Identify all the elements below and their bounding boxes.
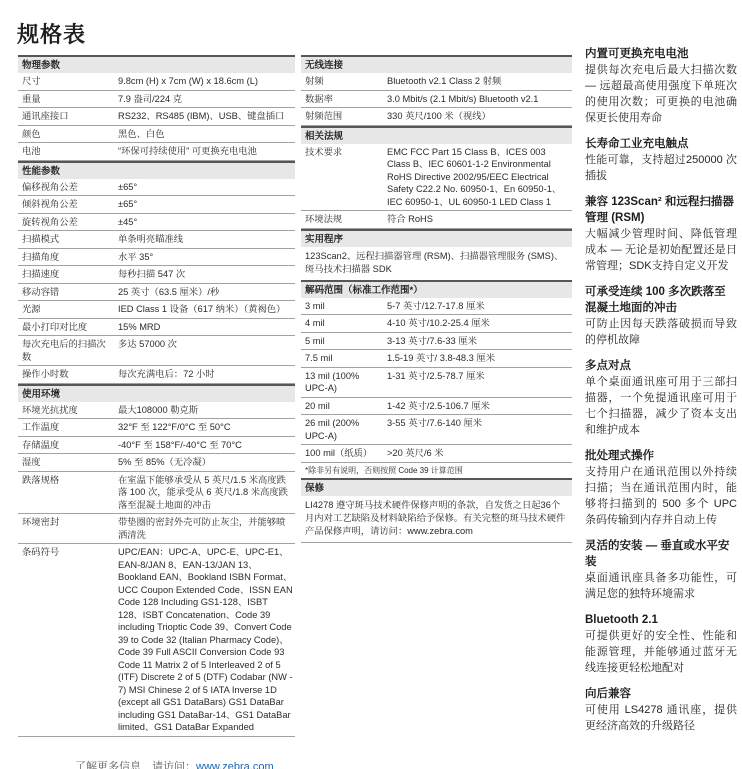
spec-row-label: 跌落规格 (18, 474, 118, 512)
spec-row: 工作温度32°F 至 122°F/0°C 至 50°C (18, 419, 295, 437)
spec-row: 技术要求EMC FCC Part 15 Class B、ICES 003 Cla… (301, 144, 572, 212)
spec-row-value: 9.8cm (H) x 7cm (W) x 18.6cm (L) (118, 75, 295, 88)
page-title: 规格表 (17, 18, 86, 49)
feature-body: 性能可靠，支持超过250000 次插拔 (585, 152, 737, 184)
spec-row-value: 单条明亮瞄准线 (118, 233, 295, 246)
spec-row: 跌落规格在室温下能够承受从 5 英尺/1.5 米高度跌落 100 次，能承受从 … (18, 472, 295, 515)
feature-body: 可防止因每天跌落破损而导致的停机故障 (585, 316, 737, 348)
spec-row-value: Bluetooth v2.1 Class 2 射频 (387, 75, 572, 88)
feature-item: Bluetooth 2.1可提供更好的安全性、性能和能源管理，并能够通过蓝牙无线… (585, 612, 737, 676)
spec-row-label: 湿度 (18, 456, 118, 469)
spec-section: 性能参数偏移视角公差±65°倾斜视角公差±65°旋转视角公差±45°扫描模式单条… (18, 161, 295, 384)
feature-heading: 向后兼容 (585, 686, 737, 702)
spec-row-value: 4-10 英寸/10.2-25.4 厘米 (387, 317, 572, 330)
spec-row-value: 15% MRD (118, 321, 295, 334)
spec-row-label: 扫描模式 (18, 233, 118, 246)
spec-row: 每次充电后的扫描次数多达 57000 次 (18, 336, 295, 366)
spec-row-value: 最大108000 勒克斯 (118, 404, 295, 417)
spec-row-label: 倾斜视角公差 (18, 198, 118, 211)
spec-row-label: 通讯座接口 (18, 110, 118, 123)
feature-heading: 长寿命工业充电触点 (585, 136, 737, 152)
spec-row-label: 工作温度 (18, 421, 118, 434)
spec-row-value: >20 英尺/6 米 (387, 447, 572, 460)
spec-row-value: 5% 至 85%（无冷凝） (118, 456, 295, 469)
feature-body: 桌面通讯座具备多功能性，可满足您的独特环境需求 (585, 570, 737, 602)
footer-text: 了解更多信息，请访问： (75, 761, 196, 769)
spec-row-value: 1-31 英寸/2.5-78.7 厘米 (387, 370, 572, 395)
middle-spec-column: 无线连接射频Bluetooth v2.1 Class 2 射频数据率3.0 Mb… (301, 55, 572, 543)
spec-row-value: 3-13 英寸/7.6-33 厘米 (387, 335, 572, 348)
spec-row-label: 条码符号 (18, 546, 118, 734)
feature-body: 大幅减少管理时间、降低管理成本 — 无论是初始配置还是日常管理；SDK支持自定义… (585, 226, 737, 274)
spec-row: 射频Bluetooth v2.1 Class 2 射频 (301, 73, 572, 91)
spec-row: 4 mil4-10 英寸/10.2-25.4 厘米 (301, 315, 572, 333)
feature-body: 可提供更好的安全性、性能和能源管理，并能够通过蓝牙无线连接更轻松地配对 (585, 628, 737, 676)
spec-row-label: 扫描速度 (18, 268, 118, 281)
spec-row-value: RS232、RS485 (IBM)、USB、键盘插口 (118, 110, 295, 123)
spec-row-value: 水平 35° (118, 251, 295, 264)
spec-row-label: 每次充电后的扫描次数 (18, 338, 118, 363)
feature-item: 批处理式操作支持用户在通讯范围以外持续扫描；当在通讯范围内时，能够将扫描到的 5… (585, 448, 737, 528)
spec-row: 存储温度-40°F 至 158°F/-40°C 至 70°C (18, 437, 295, 455)
feature-heading: 内置可更换充电电池 (585, 46, 737, 62)
spec-row-value: 32°F 至 122°F/0°C 至 50°C (118, 421, 295, 434)
spec-row: 电池“环保可持续使用” 可更换充电电池 (18, 143, 295, 161)
spec-row-label: 旋转视角公差 (18, 216, 118, 229)
spec-row-label: 20 mil (301, 400, 387, 413)
feature-heading: 兼容 123Scan² 和远程扫描器管理 (RSM) (585, 194, 737, 226)
spec-row-label: 电池 (18, 145, 118, 158)
spec-row-value: 3.0 Mbit/s (2.1 Mbit/s) Bluetooth v2.1 (387, 93, 572, 106)
spec-row: 条码符号UPC/EAN：UPC-A、UPC-E、UPC-E1、EAN-8/JAN… (18, 544, 295, 737)
spec-row-label: 环境光抗扰度 (18, 404, 118, 417)
spec-row-label: 技术要求 (301, 146, 387, 209)
spec-row: 26 mil (200% UPC-A)3-55 英寸/7.6-140 厘米 (301, 415, 572, 445)
spec-row: 扫描角度水平 35° (18, 249, 295, 267)
spec-row: 倾斜视角公差±65° (18, 196, 295, 214)
spec-row-label: 100 mil（纸质） (301, 447, 387, 460)
spec-row-value: “环保可持续使用” 可更换充电电池 (118, 145, 295, 158)
section-title: 保修 (301, 478, 572, 496)
spec-row-value: 25 英寸（63.5 厘米）/秒 (118, 286, 295, 299)
spec-row: 扫描模式单条明亮瞄准线 (18, 231, 295, 249)
spec-row: 颜色黑色、白色 (18, 126, 295, 144)
feature-item: 长寿命工业充电触点性能可靠，支持超过250000 次插拔 (585, 136, 737, 184)
spec-row-value: 3-55 英寸/7.6-140 厘米 (387, 417, 572, 442)
spec-row: 湿度5% 至 85%（无冷凝） (18, 454, 295, 472)
spec-row-value: 1.5-19 英寸/ 3.8-48.3 厘米 (387, 352, 572, 365)
feature-item: 向后兼容可使用 LS4278 通讯座，提供更经济高效的升级路径 (585, 686, 737, 734)
feature-body: 可使用 LS4278 通讯座，提供更经济高效的升级路径 (585, 702, 737, 734)
spec-row: 尺寸9.8cm (H) x 7cm (W) x 18.6cm (L) (18, 73, 295, 91)
spec-row: 最小打印对比度15% MRD (18, 319, 295, 337)
spec-row-value: 每次充满电后：72 小时 (118, 368, 295, 381)
spec-row-label: 数据率 (301, 93, 387, 106)
section-title: 物理参数 (18, 55, 295, 73)
spec-row-value: 每秒扫描 547 次 (118, 268, 295, 281)
spec-row-value: 带垫圈的密封外壳可防止灰尘，并能够喷洒清洗 (118, 516, 295, 541)
spec-row: 环境密封带垫圈的密封外壳可防止灰尘，并能够喷洒清洗 (18, 514, 295, 544)
spec-row: 环境法规符合 RoHS (301, 211, 572, 229)
spec-row-label: 4 mil (301, 317, 387, 330)
spec-row-label: 5 mil (301, 335, 387, 348)
spec-row: 光源IED Class 1 设备（617 纳米）（黄褐色） (18, 301, 295, 319)
spec-section: 相关法规技术要求EMC FCC Part 15 Class B、ICES 003… (301, 126, 572, 229)
spec-row-label: 13 mil (100% UPC-A) (301, 370, 387, 395)
feature-sidebar: 内置可更换充电电池提供每次充电后最大扫描次数 — 远超最高使用强度下单班次的使用… (585, 46, 737, 734)
spec-row: 操作小时数每次充满电后：72 小时 (18, 366, 295, 384)
spec-row: 20 mil1-42 英寸/2.5-106.7 厘米 (301, 398, 572, 416)
spec-section: 解码范围（标准工作范围*）3 mil5-7 英寸/12.7-17.8 厘米4 m… (301, 280, 572, 478)
spec-section: 使用环境环境光抗扰度最大108000 勒克斯工作温度32°F 至 122°F/0… (18, 384, 295, 737)
feature-item: 多点对点单个桌面通讯座可用于三部扫描器，一个免提通讯座可用于七个扫描器，减少了资… (585, 358, 737, 438)
spec-row-value: ±45° (118, 216, 295, 229)
feature-item: 内置可更换充电电池提供每次充电后最大扫描次数 — 远超最高使用强度下单班次的使用… (585, 46, 737, 126)
spec-row-label: 尺寸 (18, 75, 118, 88)
spec-row-label: 7.5 mil (301, 352, 387, 365)
spec-row-label: 重量 (18, 93, 118, 106)
spec-row-label: 颜色 (18, 128, 118, 141)
spec-row-value: ±65° (118, 181, 295, 194)
feature-body: 单个桌面通讯座可用于三部扫描器，一个免提通讯座可用于七个扫描器，减少了资本支出和… (585, 374, 737, 438)
spec-row-value: 符合 RoHS (387, 213, 572, 226)
spec-row-label: 最小打印对比度 (18, 321, 118, 334)
feature-heading: 可承受连续 100 多次跌落至混凝土地面的冲击 (585, 284, 737, 316)
spec-row: 射频范围330 英尺/100 米（视线） (301, 108, 572, 126)
spec-row: 通讯座接口RS232、RS485 (IBM)、USB、键盘插口 (18, 108, 295, 126)
spec-row-label: 偏移视角公差 (18, 181, 118, 194)
spec-row-value: -40°F 至 158°F/-40°C 至 70°C (118, 439, 295, 452)
spec-row: 移动容错25 英寸（63.5 厘米）/秒 (18, 284, 295, 302)
section-text: LI4278 遵守斑马技术硬件保修声明的条款，自发货之日起36个月内对工艺缺陷及… (301, 496, 572, 543)
spec-row-value: 1-42 英寸/2.5-106.7 厘米 (387, 400, 572, 413)
spec-row-value: IED Class 1 设备（617 纳米）（黄褐色） (118, 303, 295, 316)
spec-row-value: 5-7 英寸/12.7-17.8 厘米 (387, 300, 572, 313)
spec-row: 环境光抗扰度最大108000 勒克斯 (18, 402, 295, 420)
spec-row: 扫描速度每秒扫描 547 次 (18, 266, 295, 284)
footer-link[interactable]: www.zebra.com (196, 761, 274, 769)
feature-heading: 灵活的安装 — 垂直或水平安装 (585, 538, 737, 570)
spec-row-label: 操作小时数 (18, 368, 118, 381)
spec-row-label: 射频 (301, 75, 387, 88)
spec-row-value: EMC FCC Part 15 Class B、ICES 003 Class B… (387, 146, 572, 209)
spec-row-label: 存储温度 (18, 439, 118, 452)
spec-row-value: 330 英尺/100 米（视线） (387, 110, 572, 123)
spec-row: 100 mil（纸质）>20 英尺/6 米 (301, 445, 572, 463)
spec-row: 5 mil3-13 英寸/7.6-33 厘米 (301, 333, 572, 351)
spec-section: 实用程序123Scan2、远程扫描器管理 (RSM)、扫描器管理服务 (SMS)… (301, 229, 572, 280)
spec-row: 数据率3.0 Mbit/s (2.1 Mbit/s) Bluetooth v2.… (301, 91, 572, 109)
feature-item: 可承受连续 100 多次跌落至混凝土地面的冲击可防止因每天跌落破损而导致的停机故… (585, 284, 737, 348)
spec-section: 保修LI4278 遵守斑马技术硬件保修声明的条款，自发货之日起36个月内对工艺缺… (301, 478, 572, 543)
spec-row: 旋转视角公差±45° (18, 214, 295, 232)
spec-section: 物理参数尺寸9.8cm (H) x 7cm (W) x 18.6cm (L)重量… (18, 55, 295, 161)
section-title: 性能参数 (18, 161, 295, 179)
spec-row: 13 mil (100% UPC-A)1-31 英寸/2.5-78.7 厘米 (301, 368, 572, 398)
spec-section: 无线连接射频Bluetooth v2.1 Class 2 射频数据率3.0 Mb… (301, 55, 572, 126)
spec-row: 偏移视角公差±65° (18, 179, 295, 197)
section-title: 实用程序 (301, 229, 572, 247)
feature-item: 灵活的安装 — 垂直或水平安装桌面通讯座具备多功能性，可满足您的独特环境需求 (585, 538, 737, 602)
feature-heading: 多点对点 (585, 358, 737, 374)
spec-row-value: 多达 57000 次 (118, 338, 295, 363)
spec-row-label: 环境密封 (18, 516, 118, 541)
spec-row-value: 7.9 盎司/224 克 (118, 93, 295, 106)
spec-row-label: 光源 (18, 303, 118, 316)
spec-row-label: 扫描角度 (18, 251, 118, 264)
spec-row: 3 mil5-7 英寸/12.7-17.8 厘米 (301, 298, 572, 316)
spec-row: 7.5 mil1.5-19 英寸/ 3.8-48.3 厘米 (301, 350, 572, 368)
section-title: 使用环境 (18, 384, 295, 402)
spec-row-label: 射频范围 (301, 110, 387, 123)
feature-body: 提供每次充电后最大扫描次数 — 远超最高使用强度下单班次的使用次数；可更换的电池… (585, 62, 737, 126)
spec-row-label: 3 mil (301, 300, 387, 313)
footer-clipped-text: 了解更多信息，请访问：www.zebra.com (75, 760, 495, 769)
spec-row-label: 移动容错 (18, 286, 118, 299)
spec-row-label: 环境法规 (301, 213, 387, 226)
section-text: 123Scan2、远程扫描器管理 (RSM)、扫描器管理服务 (SMS)、斑马技… (301, 247, 572, 280)
section-footnote: *除非另有说明，否则按照 Code 39 计算范围 (301, 463, 572, 478)
spec-row-value: 在室温下能够承受从 5 英尺/1.5 米高度跌落 100 次，能承受从 6 英尺… (118, 474, 295, 512)
section-title: 无线连接 (301, 55, 572, 73)
feature-heading: Bluetooth 2.1 (585, 612, 737, 628)
spec-row-label: 26 mil (200% UPC-A) (301, 417, 387, 442)
left-spec-column: 物理参数尺寸9.8cm (H) x 7cm (W) x 18.6cm (L)重量… (18, 55, 295, 737)
spec-row: 重量7.9 盎司/224 克 (18, 91, 295, 109)
feature-item: 兼容 123Scan² 和远程扫描器管理 (RSM)大幅减少管理时间、降低管理成… (585, 194, 737, 274)
section-title: 相关法规 (301, 126, 572, 144)
spec-row-value: UPC/EAN：UPC-A、UPC-E、UPC-E1、EAN-8/JAN 8、E… (118, 546, 295, 734)
feature-body: 支持用户在通讯范围以外持续扫描；当在通讯范围内时，能够将扫描到的 500 多个 … (585, 464, 737, 528)
feature-heading: 批处理式操作 (585, 448, 737, 464)
section-title: 解码范围（标准工作范围*） (301, 280, 572, 298)
spec-row-value: 黑色、白色 (118, 128, 295, 141)
spec-row-value: ±65° (118, 198, 295, 211)
